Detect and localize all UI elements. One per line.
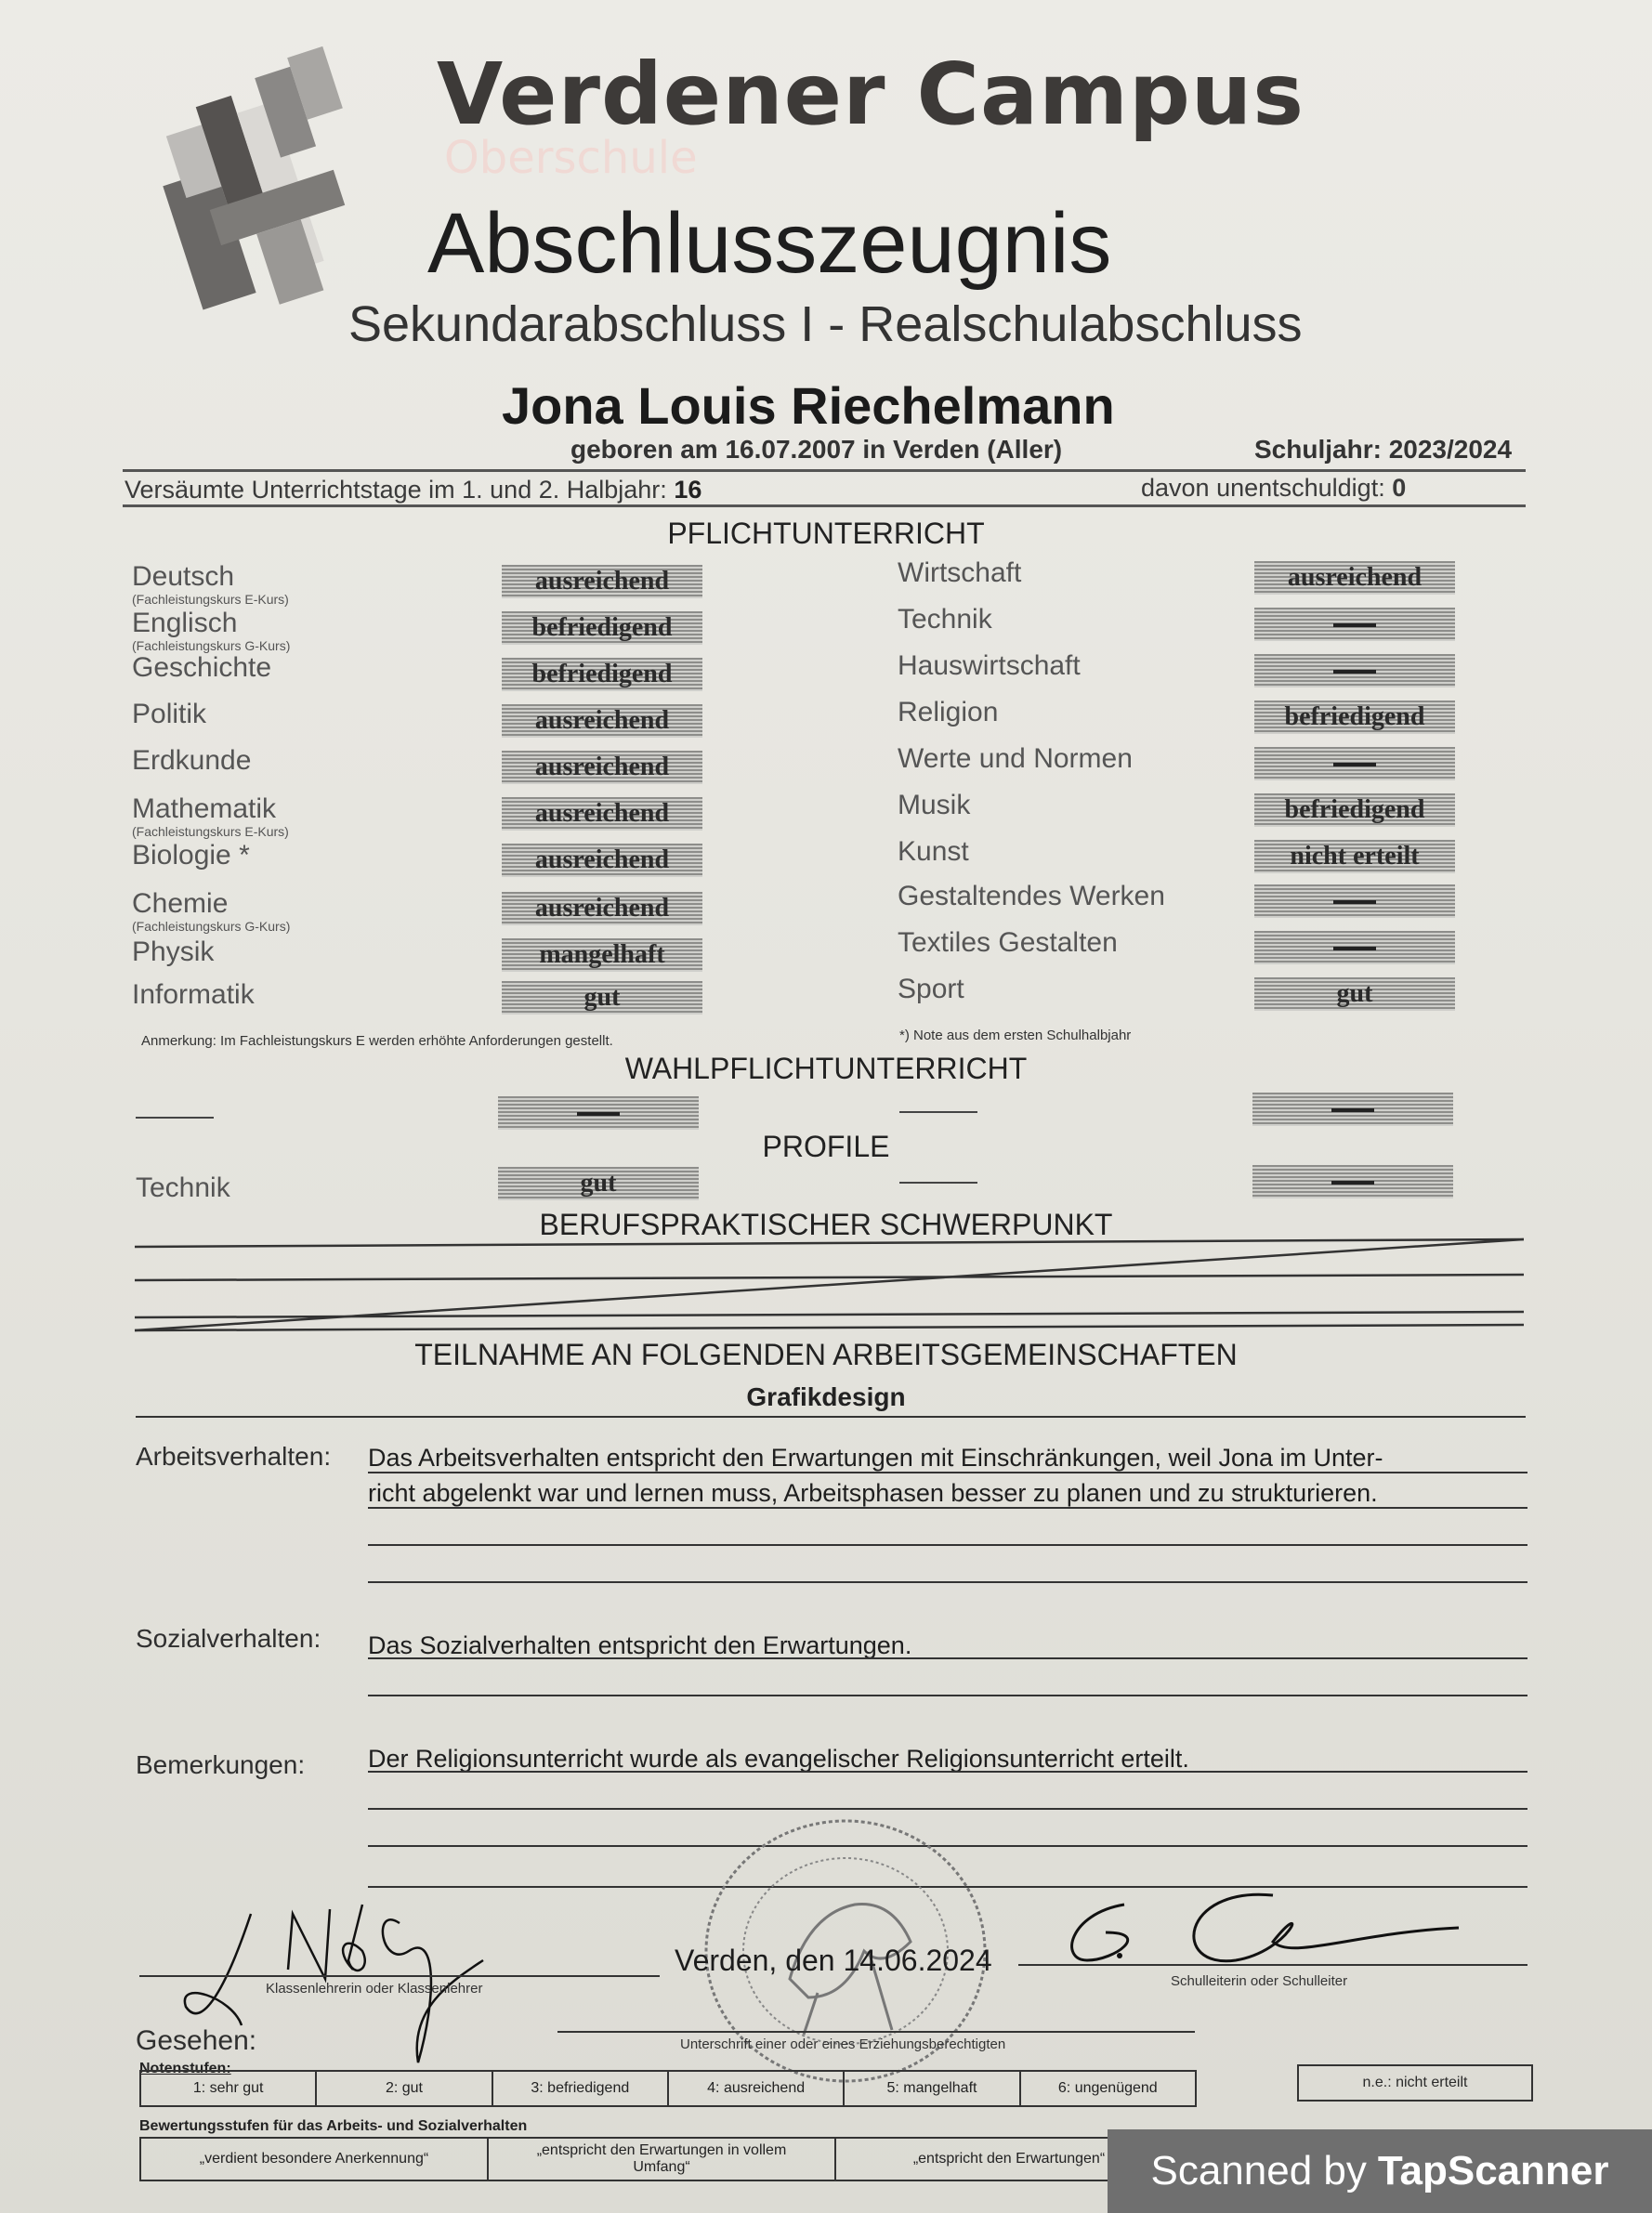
grading-scale-table: 1: sehr gut2: gut3: befriedigend4: ausre… xyxy=(139,2070,1197,2107)
work-behavior-line-1: Das Arbeitsverhalten entspricht den Erwa… xyxy=(368,1444,1383,1473)
principal-signature-line xyxy=(1018,1964,1527,1966)
subject-kunst: Kunst xyxy=(898,838,969,866)
grade-field: ausreichend xyxy=(502,751,702,784)
absence-days: Versäumte Unterrichtstage im 1. und 2. H… xyxy=(125,476,701,504)
subject-name: Englisch xyxy=(132,608,237,638)
grade-field xyxy=(1254,654,1455,687)
wahlpflicht-grade-2 xyxy=(1252,1093,1453,1126)
grade-level: 6: ungenügend xyxy=(1021,2072,1195,2105)
divider xyxy=(123,504,1526,507)
subject-erdkunde: Erdkunde xyxy=(132,747,251,775)
subject-name: Chemie xyxy=(132,888,228,919)
absence-label: Versäumte Unterrichtstage im 1. und 2. H… xyxy=(125,476,667,504)
teacher-signature-line xyxy=(139,1975,660,1977)
grade-field xyxy=(1254,884,1455,918)
grade-field: nicht erteilt xyxy=(1254,840,1455,873)
grade-field: gut xyxy=(1254,977,1455,1011)
subject-geschichte: Geschichte xyxy=(132,654,271,682)
grade-level: 5: mangelhaft xyxy=(845,2072,1020,2105)
divider xyxy=(136,1416,1526,1418)
subject-name: Biologie * xyxy=(132,840,250,871)
wahlpflicht-grade-1 xyxy=(498,1096,699,1130)
line xyxy=(368,1808,1527,1810)
behavior-scale-title: Bewertungsstufen für das Arbeits- und So… xyxy=(139,2118,527,2135)
subject-textilesgestalten: Textiles Gestalten xyxy=(898,929,1118,957)
line xyxy=(368,1695,1527,1696)
subject-musik: Musik xyxy=(898,792,970,819)
grade-level: 1: sehr gut xyxy=(141,2072,317,2105)
degree-title: Sekundarabschluss I - Realschulabschluss xyxy=(348,295,1303,353)
social-behavior-text: Das Sozialverhalten entspricht den Erwar… xyxy=(368,1631,911,1660)
subject-wirtschaft: Wirtschaft xyxy=(898,559,1021,587)
work-behavior-line-2: richt abgelenkt war und lernen muss, Arb… xyxy=(368,1479,1378,1508)
watermark-brand: TapScanner xyxy=(1378,2148,1609,2194)
subject-name: Geschichte xyxy=(132,652,271,683)
wahlpflicht-subject-1 xyxy=(136,1117,214,1119)
unexcused-days: davon unentschuldigt: 0 xyxy=(1141,474,1406,503)
grade-field: befriedigend xyxy=(1254,701,1455,734)
section-ag: TEILNAHME AN FOLGENDEN ARBEITSGEMEINSCHA… xyxy=(0,1338,1652,1372)
line xyxy=(368,1771,1527,1773)
grade-field: gut xyxy=(502,981,702,1015)
subject-politik: Politik xyxy=(132,701,206,728)
behavior-level: „verdient besondere Anerkennung“ xyxy=(141,2139,489,2180)
social-behavior-label: Sozialverhalten: xyxy=(136,1624,321,1654)
line xyxy=(368,1657,1527,1659)
section-pflichtunterricht: PFLICHTUNTERRICHT xyxy=(0,517,1652,551)
place-date: Verden, den 14.06.2024 xyxy=(675,1944,992,1978)
grade-field: ausreichend xyxy=(502,844,702,877)
grading-scale-ne: n.e.: nicht erteilt xyxy=(1297,2064,1533,2102)
unexcused-label: davon unentschuldigt: xyxy=(1141,474,1385,502)
behavior-level: „entspricht den Erwartungen in vollem Um… xyxy=(489,2139,836,2180)
grade-field: ausreichend xyxy=(502,797,702,831)
absence-value: 16 xyxy=(674,476,701,504)
subject-name: Mathematik xyxy=(132,793,276,824)
unexcused-value: 0 xyxy=(1392,474,1406,502)
school-type: Oberschule xyxy=(444,132,698,184)
guardian-caption: Unterschrift einer oder eines Erziehungs… xyxy=(680,2036,1005,2052)
subject-religion: Religion xyxy=(898,699,998,727)
profile-subject-2 xyxy=(899,1182,977,1184)
grade-field xyxy=(1254,931,1455,964)
line xyxy=(368,1581,1527,1583)
section-profile: PROFILE xyxy=(0,1130,1652,1164)
subject-werteundnormen: Werte und Normen xyxy=(898,745,1133,773)
grade-field xyxy=(1254,747,1455,780)
subject-sport: Sport xyxy=(898,976,964,1003)
subject-name: Informatik xyxy=(132,979,255,1010)
line xyxy=(368,1544,1527,1546)
student-name: Jona Louis Riechelmann xyxy=(502,375,1115,436)
section-wahlpflicht: WAHLPFLICHTUNTERRICHT xyxy=(0,1052,1652,1086)
guardian-signature-line[interactable] xyxy=(557,2031,1195,2033)
subject-name: Erdkunde xyxy=(132,745,251,776)
principal-caption: Schulleiterin oder Schulleiter xyxy=(1171,1973,1347,1989)
birth-info: geboren am 16.07.2007 in Verden (Aller) xyxy=(570,435,1062,465)
subject-physik: Physik xyxy=(132,938,214,966)
profile-subject-1: Technik xyxy=(136,1174,230,1202)
subject-informatik: Informatik xyxy=(132,981,255,1009)
subject-deutsch: Deutsch(Fachleistungskurs E-Kurs) xyxy=(132,563,289,606)
grade-field xyxy=(1254,608,1455,641)
grade-field: ausreichend xyxy=(502,565,702,598)
grade-field: ausreichend xyxy=(502,892,702,925)
ag-value: Grafikdesign xyxy=(0,1382,1652,1412)
remarks-label: Bemerkungen: xyxy=(136,1750,305,1780)
work-behavior-label: Arbeitsverhalten: xyxy=(136,1442,331,1472)
school-logo xyxy=(149,46,418,316)
line xyxy=(368,1472,1527,1473)
grade-field: befriedigend xyxy=(502,611,702,645)
subject-name: Deutsch xyxy=(132,561,234,592)
grade-field: befriedigend xyxy=(1254,793,1455,827)
subject-biologie: Biologie * xyxy=(132,842,250,870)
seen-label: Gesehen: xyxy=(136,2025,256,2057)
subject-chemie: Chemie(Fachleistungskurs G-Kurs) xyxy=(132,890,290,933)
divider xyxy=(123,469,1526,472)
remark-first-half: *) Note aus dem ersten Schulhalbjahr xyxy=(899,1028,1131,1043)
subject-englisch: Englisch(Fachleistungskurs G-Kurs) xyxy=(132,609,290,652)
subject-mathematik: Mathematik(Fachleistungskurs E-Kurs) xyxy=(132,795,289,838)
profile-grade-2 xyxy=(1252,1165,1453,1198)
scanner-watermark: Scanned by TapScanner xyxy=(1108,2129,1652,2213)
course-level: (Fachleistungskurs G-Kurs) xyxy=(132,920,290,933)
school-name: Verdener Campus xyxy=(437,45,1305,144)
document-title: Abschlusszeugnis xyxy=(427,195,1111,293)
subject-hauswirtschaft: Hauswirtschaft xyxy=(898,652,1081,680)
subject-name: Politik xyxy=(132,699,206,729)
grade-field: ausreichend xyxy=(502,704,702,738)
course-level: (Fachleistungskurs E-Kurs) xyxy=(132,825,289,838)
course-level: (Fachleistungskurs E-Kurs) xyxy=(132,593,289,606)
course-level: (Fachleistungskurs G-Kurs) xyxy=(132,639,290,652)
grade-level: 3: befriedigend xyxy=(493,2072,669,2105)
struck-out-lines xyxy=(130,1236,1524,1347)
profile-grade-1: gut xyxy=(498,1167,699,1200)
school-year: Schuljahr: 2023/2024 xyxy=(1254,435,1512,465)
subject-technik: Technik xyxy=(898,606,992,634)
wahlpflicht-subject-2 xyxy=(899,1111,977,1113)
watermark-prefix: Scanned by xyxy=(1150,2148,1366,2194)
grade-field: mangelhaft xyxy=(502,938,702,972)
grade-field: befriedigend xyxy=(502,658,702,691)
grade-level: 4: ausreichend xyxy=(669,2072,845,2105)
grade-level: 2: gut xyxy=(317,2072,492,2105)
grade-field: ausreichend xyxy=(1254,561,1455,595)
remarks-text: Der Religionsunterricht wurde als evange… xyxy=(368,1745,1189,1774)
subject-gestaltendeswerken: Gestaltendes Werken xyxy=(898,883,1165,910)
subject-name: Physik xyxy=(132,936,214,967)
remark-e-course: Anmerkung: Im Fachleistungskurs E werden… xyxy=(141,1033,613,1049)
teacher-caption: Klassenlehrerin oder Klassenlehrer xyxy=(266,1981,482,1997)
line xyxy=(368,1507,1527,1509)
